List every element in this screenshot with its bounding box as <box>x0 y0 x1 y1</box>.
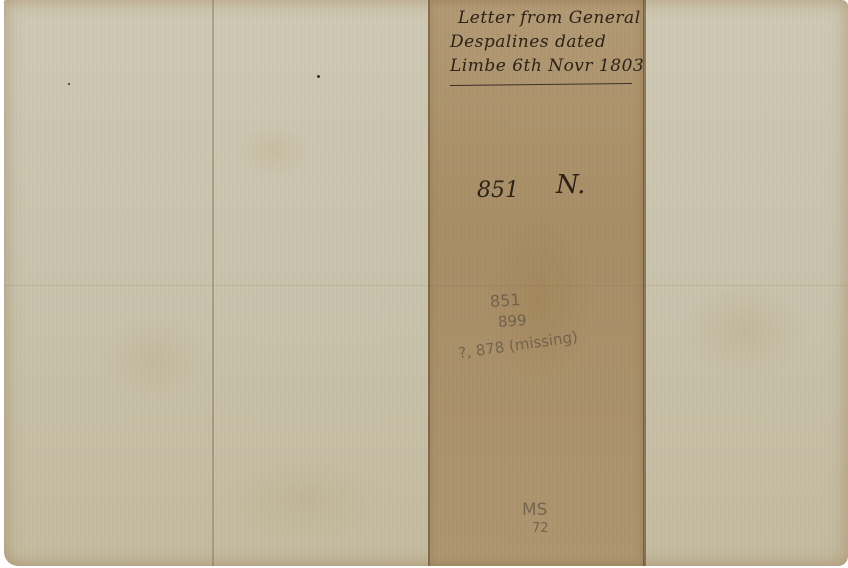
panel-center-left <box>212 0 428 566</box>
fold-line <box>212 0 214 566</box>
shelfmark-ms: MS <box>522 500 547 520</box>
panel-left <box>4 0 212 566</box>
docket-line-1: Letter from General <box>458 8 641 28</box>
horizontal-fold-line <box>4 285 848 286</box>
docket-line-3: Limbe 6th Novr 1803 <box>450 56 644 76</box>
ink-spot <box>317 75 320 78</box>
ink-spot <box>68 83 70 85</box>
pencil-note-1: 851 <box>489 290 521 311</box>
catalog-letter: N. <box>556 170 585 200</box>
fold-line <box>428 0 430 566</box>
catalog-number: 851 <box>477 178 519 203</box>
fold-line <box>643 0 646 566</box>
pencil-note-2: 899 <box>497 311 527 331</box>
panel-right <box>644 0 848 566</box>
shelfmark-number: 72 <box>532 521 549 536</box>
docket-line-2: Despalines dated <box>450 32 606 52</box>
